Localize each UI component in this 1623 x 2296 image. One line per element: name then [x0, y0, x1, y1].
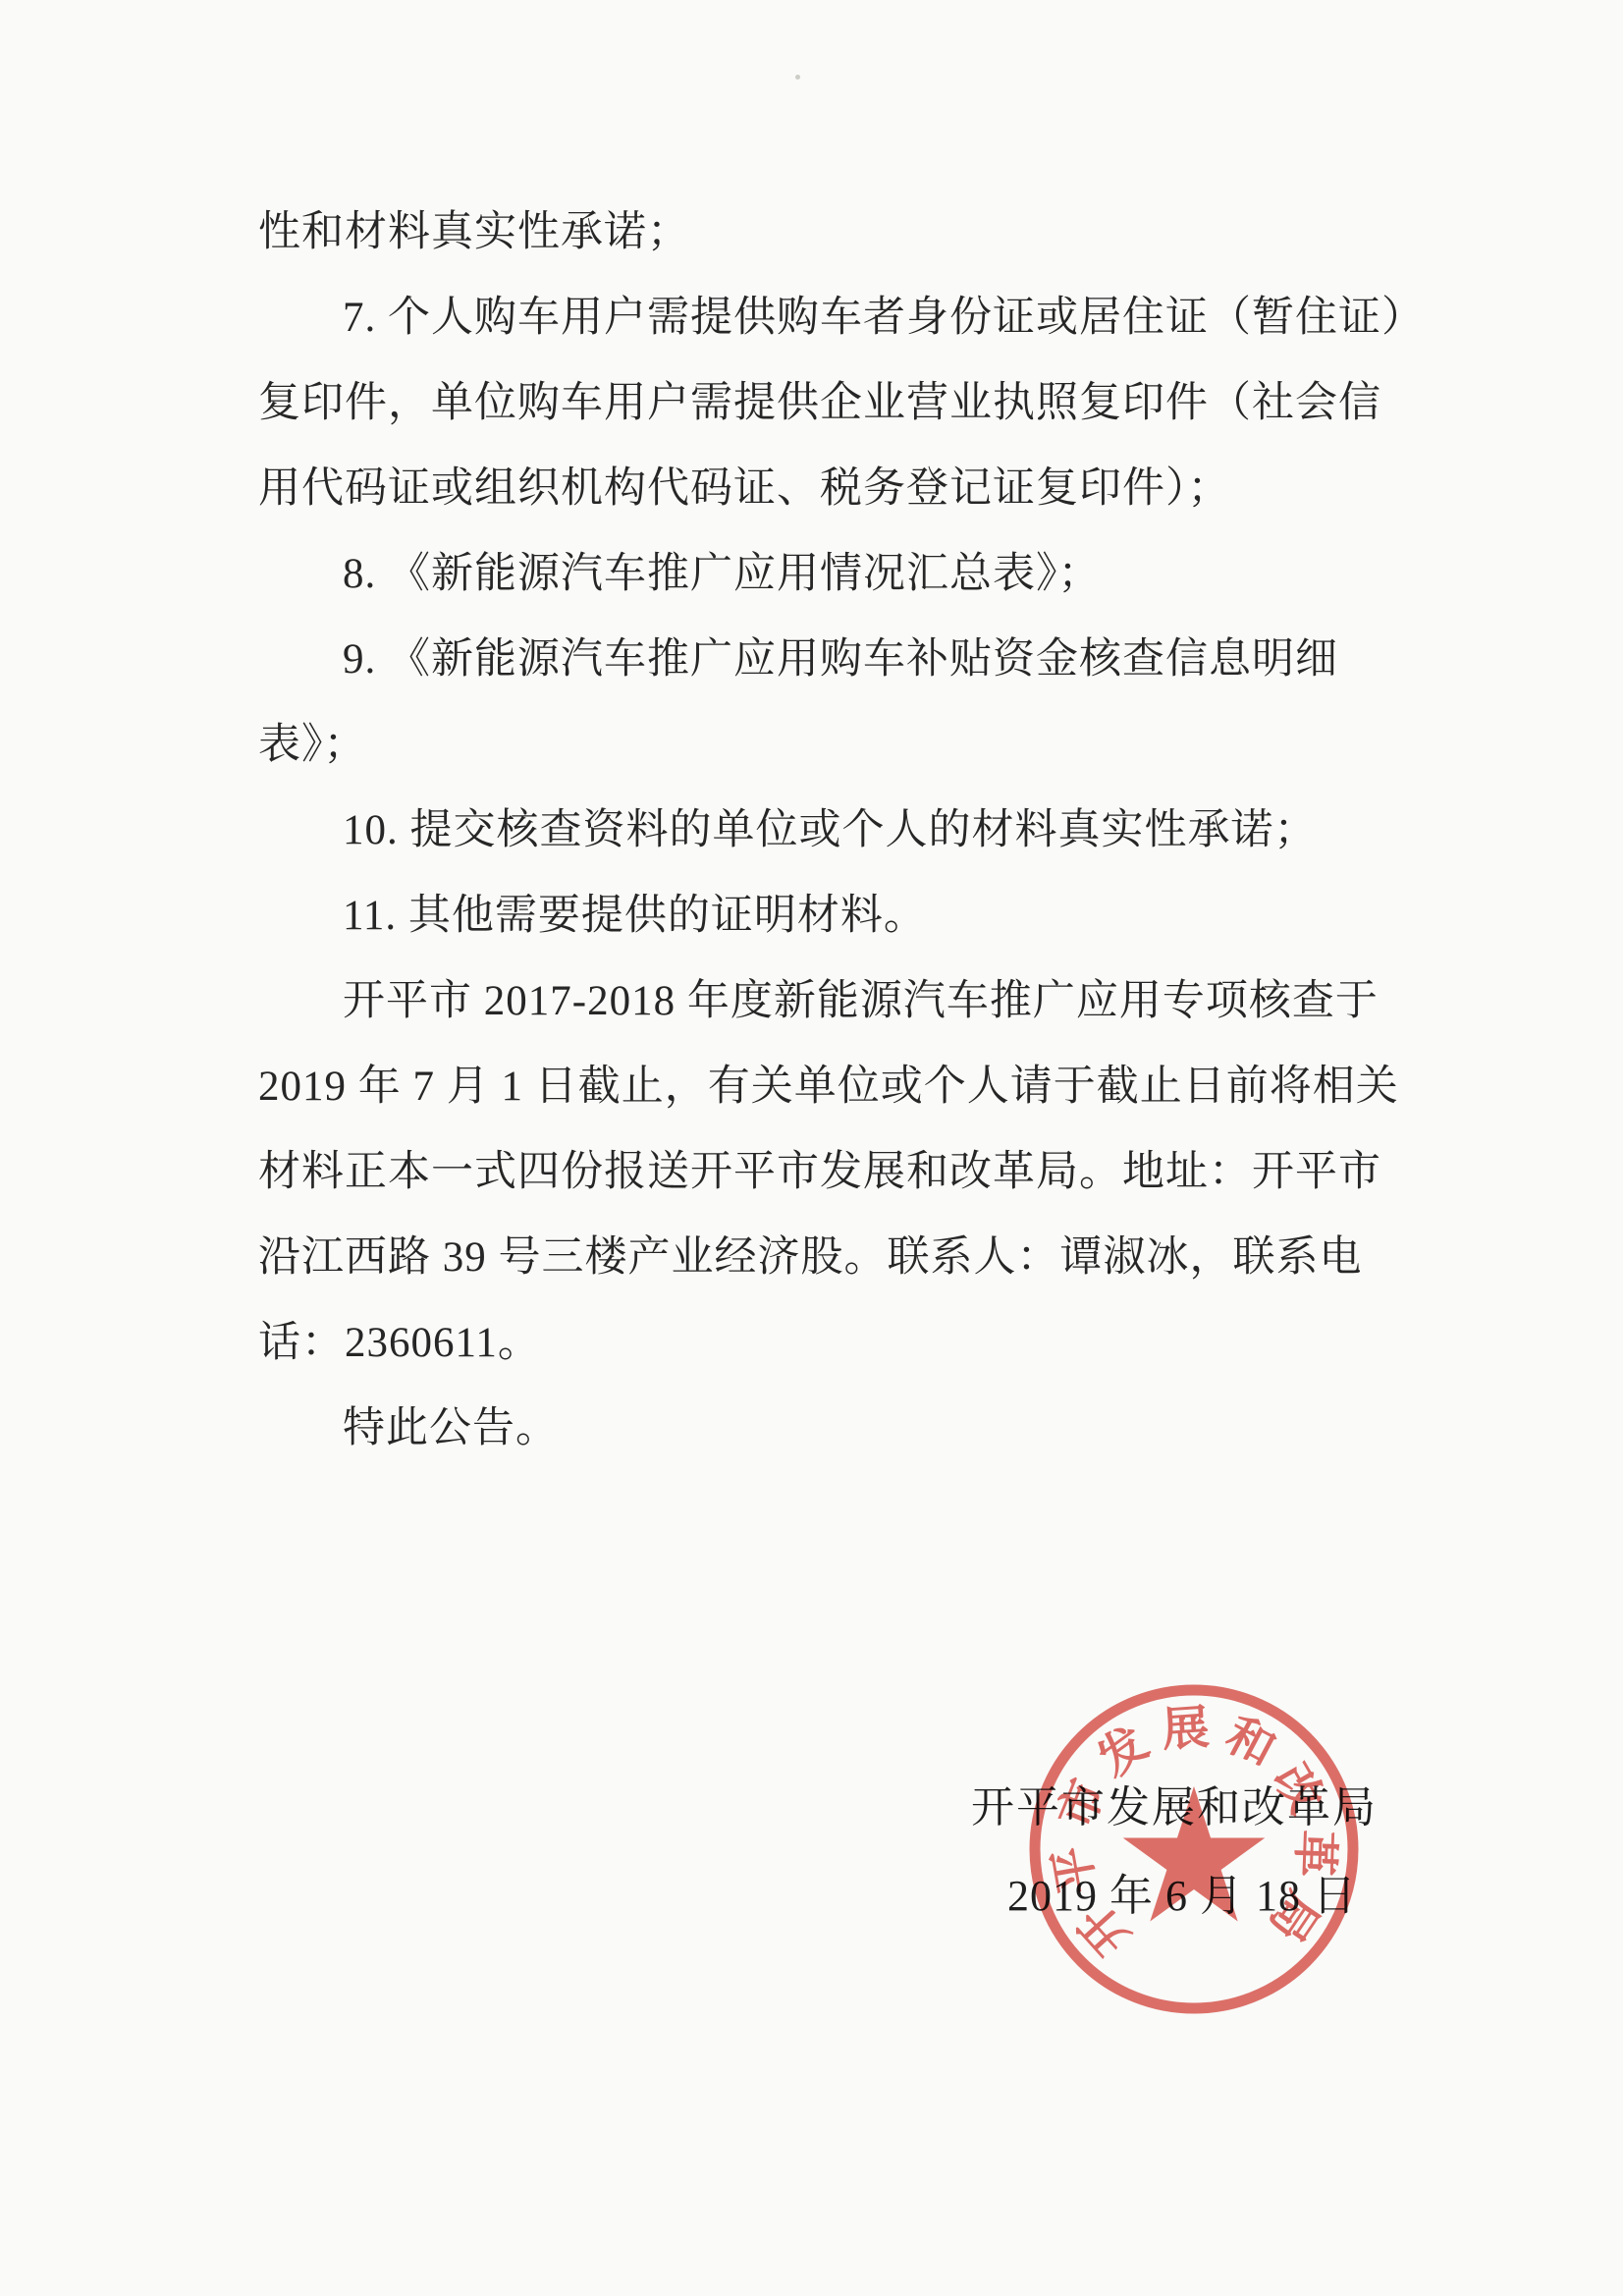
scanned-document-page: 性和材料真实性承诺；7. 个人购车用户需提供购车者身份证或居住证（暂住证）复印件… [0, 0, 1623, 2296]
text-line: 8. 《新能源汽车推广应用情况汇总表》； [258, 531, 1378, 617]
text-line: 复印件，单位购车用户需提供企业营业执照复印件（社会信 [258, 360, 1378, 446]
text-line: 用代码证或组织机构代码证、税务登记证复印件）； [258, 446, 1378, 531]
text-line: 特此公告。 [258, 1386, 1378, 1471]
seal-character: 展 [1161, 1702, 1212, 1757]
text-line: 9. 《新能源汽车推广应用购车补贴资金核查信息明细 [258, 617, 1378, 702]
text-line: 11. 其他需要提供的证明材料。 [258, 873, 1378, 958]
text-line: 7. 个人购车用户需提供购车者身份证或居住证（暂住证） [258, 275, 1378, 360]
signature-date: 2019 年 6 月 18 日 [1007, 1860, 1357, 1923]
seal-character: 和 [1217, 1709, 1283, 1777]
text-line: 开平市 2017-2018 年度新能源汽车推广应用专项核查于 [258, 958, 1378, 1044]
official-seal-stamp: 开平市发展和改革局 [998, 1653, 1390, 2046]
text-line: 话：2360611。 [258, 1300, 1378, 1386]
text-line: 10. 提交核查资料的单位或个人的材料真实性承诺； [258, 788, 1378, 873]
document-body: 性和材料真实性承诺；7. 个人购车用户需提供购车者身份证或居住证（暂住证）复印件… [258, 190, 1378, 1471]
text-line: 沿江西路 39 号三楼产业经济股。联系人：谭淑冰，联系电 [258, 1215, 1378, 1300]
scan-speck [795, 75, 800, 80]
signature-department: 开平市发展和改革局 [971, 1772, 1378, 1834]
text-line: 2019 年 7 月 1 日截止，有关单位或个人请于截止日前将相关 [258, 1044, 1378, 1129]
text-line: 表》； [258, 702, 1378, 788]
text-line: 材料正本一式四份报送开平市发展和改革局。地址：开平市 [258, 1129, 1378, 1215]
text-line: 性和材料真实性承诺； [258, 190, 1378, 275]
